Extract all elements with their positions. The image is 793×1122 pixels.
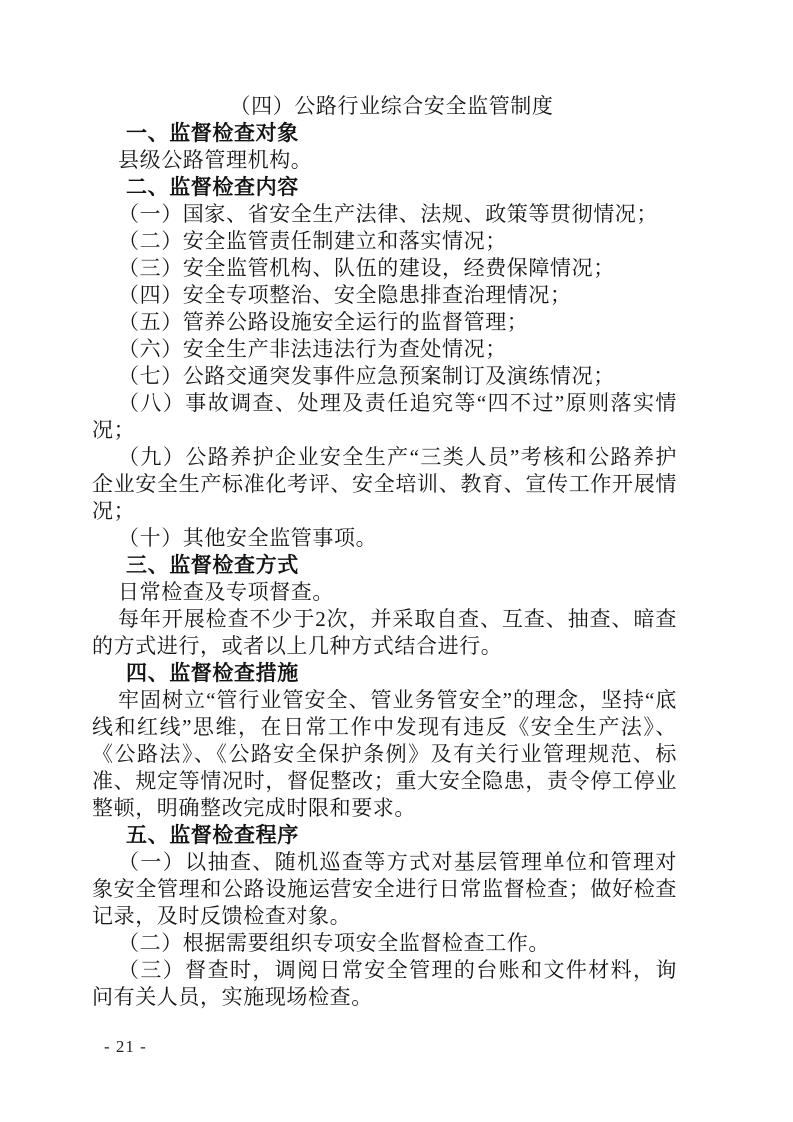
paragraph: （三）督查时，调阅日常安全管理的台账和文件材料，询问有关人员，实施现场检查。 <box>92 957 677 1011</box>
paragraph: 牢固树立“管行业管安全、管业务管安全”的理念，坚持“底线和红线”思维，在日常工作… <box>92 687 677 822</box>
paragraph: （四）安全专项整治、安全隐患排查治理情况； <box>92 282 677 309</box>
section-heading: 三、监督检查方式 <box>92 552 677 579</box>
section-heading: 一、监督检查对象 <box>92 120 677 147</box>
document-page: （四）公路行业综合安全监管制度 一、监督检查对象县级公路管理机构。二、监督检查内… <box>0 0 793 1122</box>
paragraph: 日常检查及专项督查。 <box>92 579 677 606</box>
paragraph: （六）安全生产非法违法行为查处情况； <box>92 336 677 363</box>
page-number: - 21 - <box>104 1036 147 1058</box>
document-content: （四）公路行业综合安全监管制度 一、监督检查对象县级公路管理机构。二、监督检查内… <box>92 93 677 1011</box>
paragraph: （二）安全监管责任制建立和落实情况； <box>92 228 677 255</box>
section-heading: 四、监督检查措施 <box>92 660 677 687</box>
document-title: （四）公路行业综合安全监管制度 <box>92 93 677 120</box>
paragraph: （一）国家、省安全生产法律、法规、政策等贯彻情况； <box>92 201 677 228</box>
paragraph: （三）安全监管机构、队伍的建设，经费保障情况； <box>92 255 677 282</box>
paragraph: （一）以抽查、随机巡查等方式对基层管理单位和管理对象安全管理和公路设施运营安全进… <box>92 849 677 930</box>
paragraph: （十）其他安全监管事项。 <box>92 525 677 552</box>
paragraph: （五）管养公路设施安全运行的监督管理； <box>92 309 677 336</box>
paragraph: （七）公路交通突发事件应急预案制订及演练情况； <box>92 363 677 390</box>
paragraph: 每年开展检查不少于2次，并采取自查、互查、抽查、暗查的方式进行，或者以上几种方式… <box>92 606 677 660</box>
paragraph: （二）根据需要组织专项安全监督检查工作。 <box>92 930 677 957</box>
section-heading: 五、监督检查程序 <box>92 822 677 849</box>
section-heading: 二、监督检查内容 <box>92 174 677 201</box>
document-body: 一、监督检查对象县级公路管理机构。二、监督检查内容（一）国家、省安全生产法律、法… <box>92 120 677 1011</box>
paragraph: 县级公路管理机构。 <box>92 147 677 174</box>
paragraph: （九）公路养护企业安全生产“三类人员”考核和公路养护企业安全生产标准化考评、安全… <box>92 444 677 525</box>
paragraph: （八）事故调查、处理及责任追究等“四不过”原则落实情况； <box>92 390 677 444</box>
